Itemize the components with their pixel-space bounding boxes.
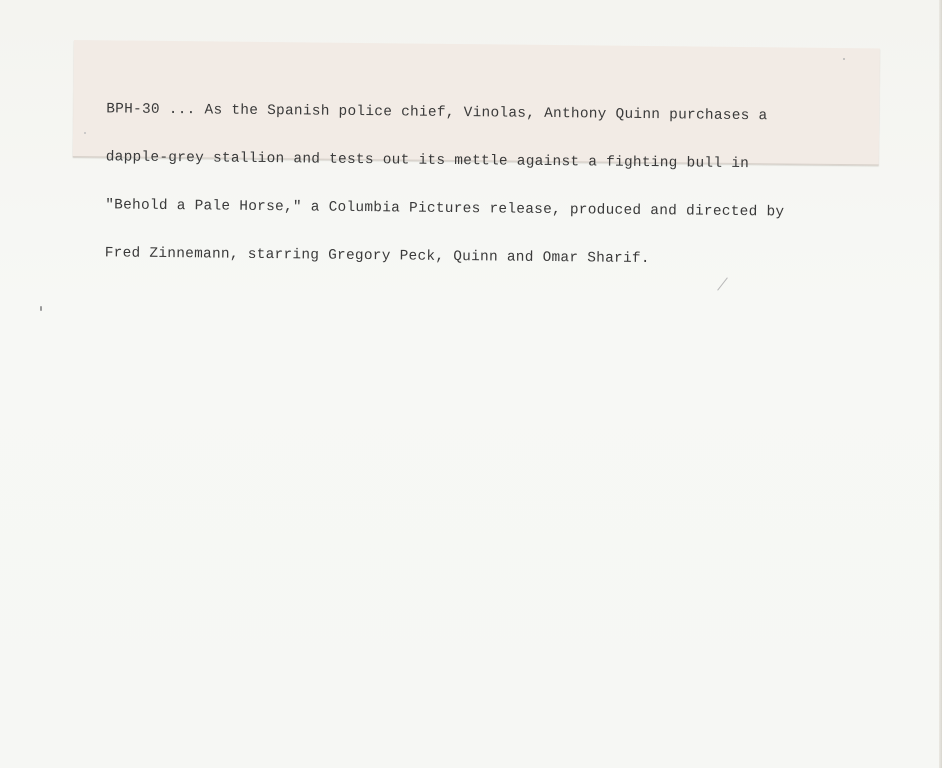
caption-line-2: dapple-grey stallion and tests out its m…	[106, 149, 785, 172]
paper-speck	[84, 132, 86, 134]
paper-speck	[843, 58, 845, 60]
caption-text: BPH-30 ... As the Spanish police chief, …	[104, 69, 785, 300]
caption-line-1: BPH-30 ... As the Spanish police chief, …	[106, 101, 785, 124]
caption-line-4: Fred Zinnemann, starring Gregory Peck, Q…	[105, 245, 784, 268]
paper-speck	[40, 306, 42, 311]
caption-line-3: "Behold a Pale Horse," a Columbia Pictur…	[105, 197, 784, 220]
caption-strip: BPH-30 ... As the Spanish police chief, …	[73, 40, 880, 165]
